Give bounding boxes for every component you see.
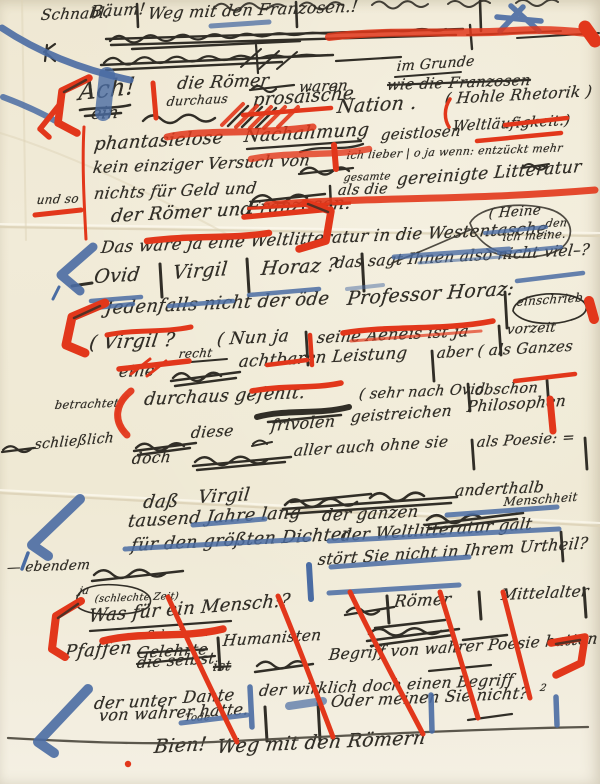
margin-note: betrachtet [54,398,120,412]
handwritten-text: ( Virgil ? [88,331,176,353]
handwritten-text: von wahrer hatte. [98,701,250,724]
handwritten-text: Horaz ? [260,256,339,279]
inserted-word: im Grunde [396,54,475,74]
inserted-word: recht [178,347,213,360]
handwritten-text: Professor Horaz: [346,280,515,309]
inserted-word: Schwärmer [146,628,211,641]
handwritten-text: geistlosen [380,124,462,143]
manuscript-page: Schnabl. Bäum! Weg mit den Franzosen.! A… [0,0,600,784]
handwritten-text: Begriff von wahrer Poesie hatten [328,631,599,663]
handwritten-text: aller auch ohne sie [293,434,449,459]
handwritten-text: kein einziger Versuch von [92,152,311,176]
handwritten-text: Ovid [93,265,141,287]
margin-note: ja [78,586,90,597]
handwritten-text: ( sehr nach Ovid [358,382,486,402]
handwritten-text: als Poesie: = [476,431,576,451]
closing-line: Bien! [153,735,208,757]
handwritten-text: das sagt Ihnen also nicht viel–? [334,243,591,272]
handwritten-text: Philosophen [466,394,567,416]
handwritten-text: Nachahmung [243,121,370,146]
handwritten-text: Weltläufigkeit.) [452,114,571,135]
margin-note: und so [36,192,80,206]
handwritten-text: Mittelalter [500,584,590,603]
superscript-mark: 2 [539,684,547,694]
handwritten-text: vorzeit [506,321,557,337]
margin-note: schließlich [34,431,115,452]
handwritten-text: Virgil [172,260,229,283]
handwritten-text: Virgil [197,486,251,507]
struck-word: Franzosen. [246,194,352,218]
handwritten-text: Bäum! [90,1,147,20]
handwritten-text: Ach! [78,74,136,104]
handwritten-text: eine [118,363,156,380]
handwritten-text: achtbaren Leistung [238,345,408,370]
handwritten-text: doch [131,450,172,468]
margin-note: — ebendem [6,559,91,575]
inserted-word: gesamte [343,171,392,183]
handwritten-text: Nation . [336,94,418,117]
handwritten-text: frivolen [270,413,336,434]
handwritten-text: ein [90,105,120,123]
handwritten-text: diese [190,424,235,442]
handwritten-text: durchaus gefehlt. [143,385,306,410]
handwritten-text: ( Nun ja [216,328,290,349]
handwritten-text: Jedenfalls nicht der öde [104,290,330,318]
handwritten-text: phantasielose [93,129,224,154]
inserted-word: Menschheit [503,491,578,508]
struck-word: ist [212,659,232,674]
handwritten-text: Weg mit den Franzosen.! [147,0,359,22]
margin-note: einschrieb. [516,291,588,308]
handwritten-text: geistreichen [350,404,453,426]
inserted-word: durchaus [166,93,229,109]
inserted-note: ich lieber | o ja wenn: entzückt mehr [346,142,564,161]
handwritten-text: die selbst [136,651,216,671]
handwritten-text: der Römer und [110,200,254,226]
handwritten-text: Humanisten [222,628,322,650]
handwritten-text: Pfaffen [64,639,133,662]
handwritten-text: aber ( als Ganzes [436,339,574,361]
closing-line: Weg mit den Römern [216,729,427,757]
handwritten-text: gereinigte Litteratur [396,159,582,189]
handwritten-text: Römer [393,591,452,610]
